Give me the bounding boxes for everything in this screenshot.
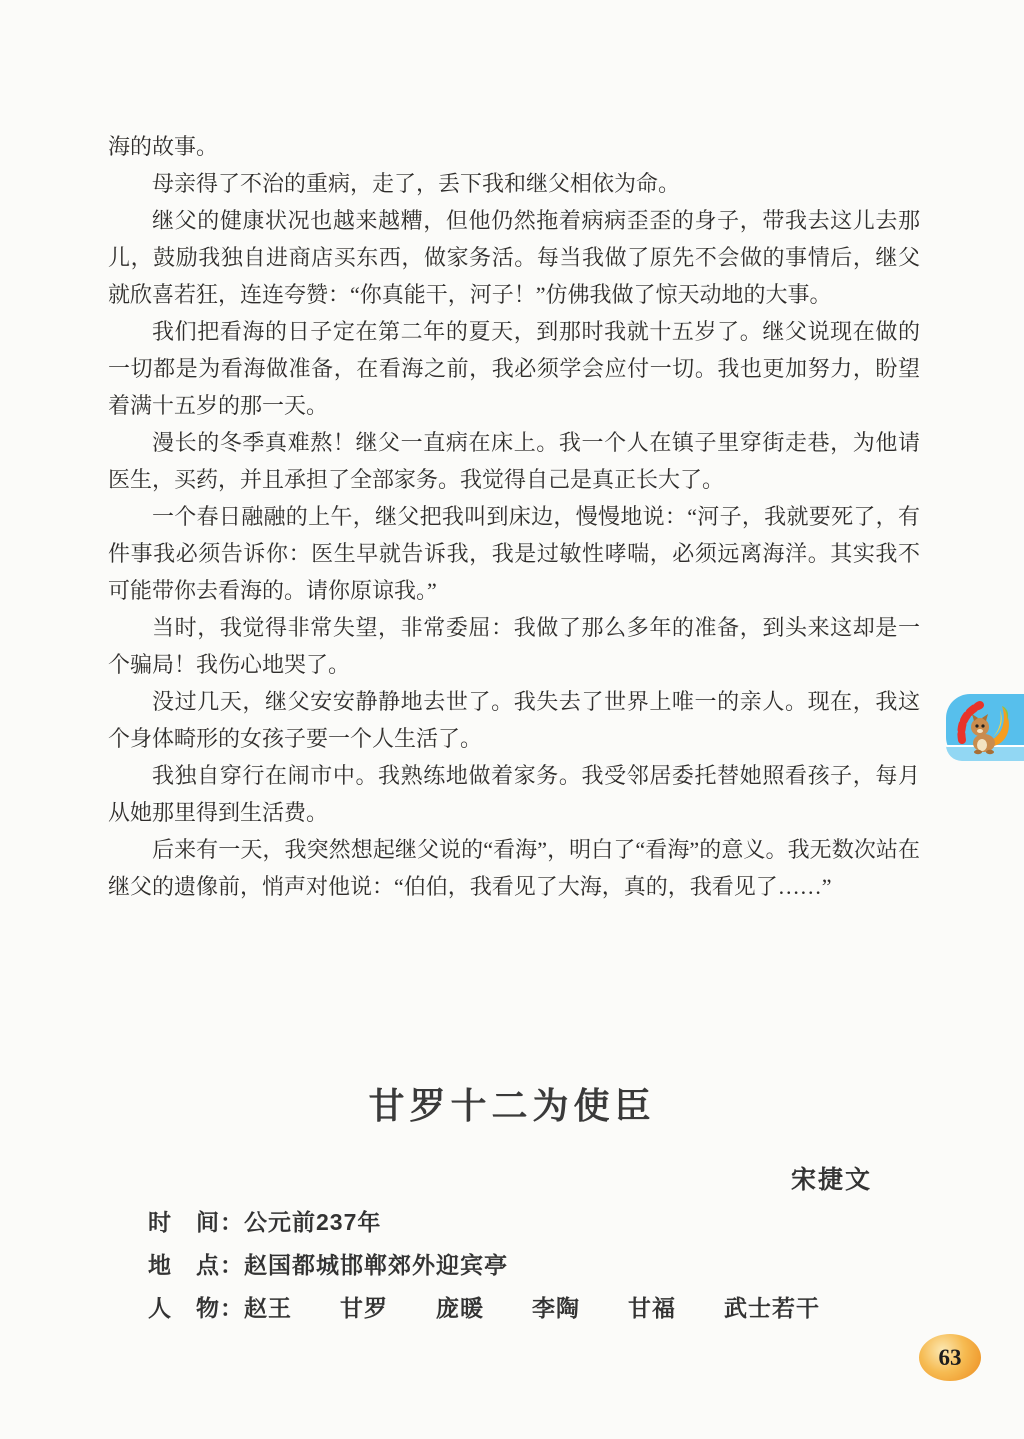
page-number-badge: 63	[919, 1334, 981, 1381]
story: 海的故事。母亲得了不治的重病，走了，丢下我和继父相依为命。继父的健康状况也越来越…	[108, 128, 920, 905]
story-paragraph: 母亲得了不治的重病，走了，丢下我和继父相依为命。	[108, 165, 920, 202]
textbook-page: 海的故事。母亲得了不治的重病，走了，丢下我和继父相依为命。继父的健康状况也越来越…	[0, 0, 1024, 1439]
story-paragraph: 后来有一天，我突然想起继父说的“看海”，明白了“看海”的意义。我无数次站在继父的…	[108, 831, 920, 905]
story-paragraph: 没过几天，继父安安静静地去世了。我失去了世界上唯一的亲人。现在，我这个身体畸形的…	[108, 683, 920, 757]
play-author: 宋捷文	[791, 1160, 872, 1196]
story-paragraph: 海的故事。	[108, 128, 920, 165]
squirrel-icon	[950, 696, 1022, 756]
mascot-tab	[946, 694, 1024, 761]
meta-label: 地 点：	[148, 1252, 244, 1278]
meta-row: 时 间：公元前237年	[148, 1201, 820, 1244]
story-paragraph: 当时，我觉得非常失望，非常委屈：我做了那么多年的准备，到头来这却是一个骗局！我伤…	[108, 609, 920, 683]
story-paragraph: 我独自穿行在闹市中。我熟练地做着家务。我受邻居委托替她照看孩子，每月从她那里得到…	[108, 757, 920, 831]
play-meta: 时 间：公元前237年地 点：赵国都城邯郸郊外迎宾亭人 物：赵王 甘罗 庞暖 李…	[148, 1201, 820, 1330]
page-number: 63	[939, 1345, 962, 1371]
play-title: 甘罗十二为使臣	[0, 1078, 1024, 1129]
meta-value: 赵国都城邯郸郊外迎宾亭	[244, 1252, 508, 1278]
story-paragraph: 一个春日融融的上午，继父把我叫到床边，慢慢地说：“河子，我就要死了，有件事我必须…	[108, 498, 920, 609]
meta-label: 人 物：	[148, 1295, 244, 1321]
meta-row: 人 物：赵王 甘罗 庞暖 李陶 甘福 武士若干	[148, 1287, 820, 1330]
meta-label: 时 间：	[148, 1209, 244, 1235]
meta-value: 赵王 甘罗 庞暖 李陶 甘福 武士若干	[244, 1295, 820, 1321]
story-paragraph: 漫长的冬季真难熬！继父一直病在床上。我一个人在镇子里穿街走巷，为他请医生，买药，…	[108, 424, 920, 498]
story-paragraph: 继父的健康状况也越来越糟，但他仍然拖着病病歪歪的身子，带我去这儿去那儿，鼓励我独…	[108, 202, 920, 313]
meta-value: 公元前237年	[244, 1209, 381, 1235]
meta-row: 地 点：赵国都城邯郸郊外迎宾亭	[148, 1244, 820, 1287]
story-paragraph: 我们把看海的日子定在第二年的夏天，到那时我就十五岁了。继父说现在做的一切都是为看…	[108, 313, 920, 424]
